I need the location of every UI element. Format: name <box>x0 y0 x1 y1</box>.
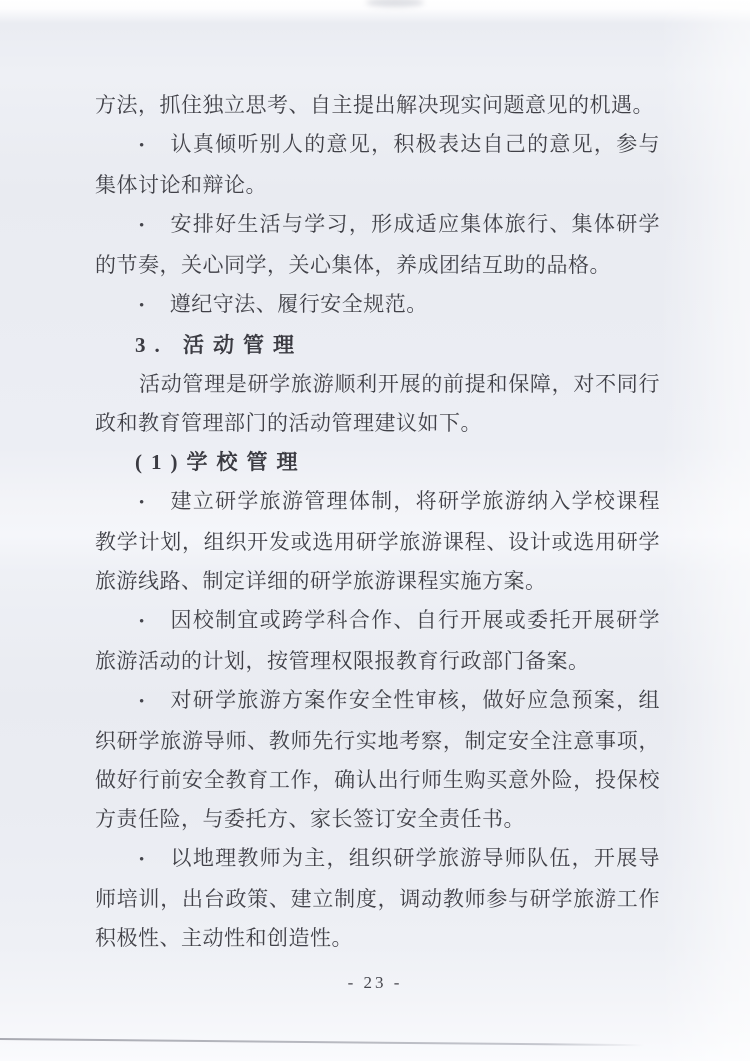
bullet-icon: • <box>139 852 145 868</box>
paragraph-text: 认真倾听别人的意见，积极表达自己的意见，参与集体讨论和辩论。 <box>95 132 660 197</box>
paragraph-text: 遵纪守法、履行安全规范。 <box>170 292 428 316</box>
paragraph-text: 建立研学旅游管理体制，将研学旅游纳入学校课程教学计划，组织开发或选用研学旅游课程… <box>95 489 660 593</box>
document-body: 方法，抓住独立思考、自主提出解决现实问题意见的机遇。 •认真倾听别人的意见，积极… <box>95 86 660 958</box>
bullet-paragraph: •建立研学旅游管理体制，将研学旅游纳入学校课程教学计划，组织开发或选用研学旅游课… <box>95 482 660 601</box>
paragraph-continuation: 方法，抓住独立思考、自主提出解决现实问题意见的机遇。 <box>95 86 660 125</box>
bullet-icon: • <box>139 495 145 511</box>
bullet-paragraph: •认真倾听别人的意见，积极表达自己的意见，参与集体讨论和辩论。 <box>95 125 660 205</box>
paragraph-text: 因校制宜或跨学科合作、自行开展或委托开展研学旅游活动的计划，按管理权限报教育行政… <box>95 608 660 673</box>
section-heading-activity-management: 3. 活动管理 <box>95 326 660 365</box>
scanned-document-page: 方法，抓住独立思考、自主提出解决现实问题意见的机遇。 •认真倾听别人的意见，积极… <box>0 0 750 1061</box>
paragraph-text: 对研学旅游方案作安全性审核，做好应急预案，组织研学旅游导师、教师先行实地考察，制… <box>95 688 660 831</box>
paragraph: 活动管理是研学旅游顺利开展的前提和保障，对不同行政和教育管理部门的活动管理建议如… <box>95 365 660 443</box>
bullet-icon: • <box>139 218 145 234</box>
bullet-icon: • <box>139 694 145 710</box>
bullet-paragraph: •安排好生活与学习，形成适应集体旅行、集体研学的节奏，关心同学，关心集体，养成团… <box>95 205 660 285</box>
scan-edge-line <box>0 1038 644 1046</box>
bullet-paragraph: •遵纪守法、履行安全规范。 <box>95 285 660 326</box>
bullet-paragraph: •对研学旅游方案作安全性审核，做好应急预案，组织研学旅游导师、教师先行实地考察，… <box>95 681 660 839</box>
scan-smudge-artifact <box>366 0 424 7</box>
paragraph-text: 以地理教师为主，组织研学旅游导师队伍，开展导师培训，出台政策、建立制度，调动教师… <box>95 846 660 950</box>
subsection-heading-school-management: (1)学校管理 <box>95 443 660 482</box>
bullet-icon: • <box>139 298 145 314</box>
paragraph-text: 安排好生活与学习，形成适应集体旅行、集体研学的节奏，关心同学，关心集体，养成团结… <box>95 212 660 277</box>
bullet-paragraph: •以地理教师为主，组织研学旅游导师队伍，开展导师培训，出台政策、建立制度，调动教… <box>95 839 660 958</box>
bullet-paragraph: •因校制宜或跨学科合作、自行开展或委托开展研学旅游活动的计划，按管理权限报教育行… <box>95 601 660 681</box>
page-number: - 23 - <box>0 973 750 993</box>
bullet-icon: • <box>139 138 145 154</box>
bullet-icon: • <box>139 614 145 630</box>
